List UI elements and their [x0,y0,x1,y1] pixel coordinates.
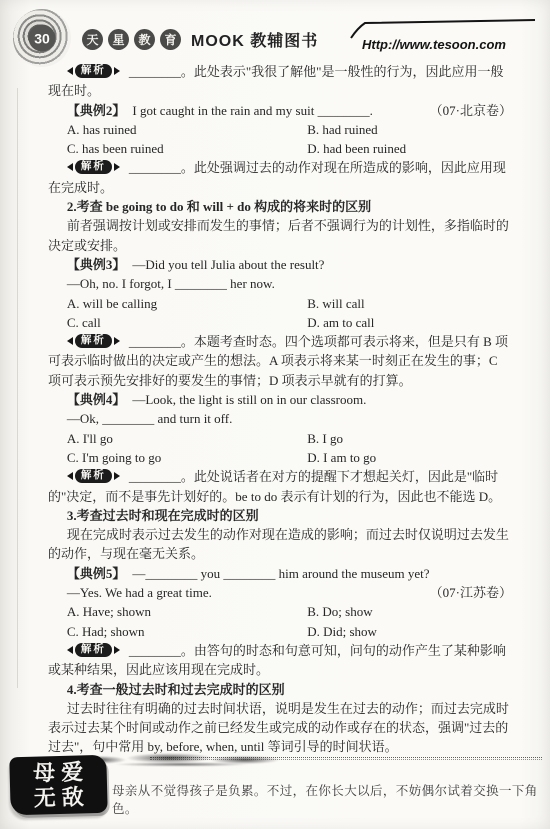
example-text: —________ you ________ him around the mu… [132,566,429,581]
website-url-block: Http://www.tesoon.com [348,18,538,52]
scan-gutter-line [17,88,18,688]
example-label: 【典例3】 [67,257,126,272]
example-label: 【典例2】 [67,103,126,118]
example-text: I got caught in the rain and my suit ___… [132,103,372,118]
analysis-badge-label: 解析 [75,160,112,174]
analysis-badge: 解析 [67,469,120,483]
example-text: —Did you tell Julia about the result? [132,257,324,272]
analysis-badge: 解析 [67,643,120,657]
option-c: C. I'm going to go [67,448,307,467]
option-d: D. had been ruined [307,139,512,158]
option-a: A. I'll go [67,429,307,448]
analysis-badge-label: 解析 [75,334,112,348]
option-d: D. Did; show [307,622,512,641]
dialog-line: —Ok, ________ and turn it off. [48,409,512,428]
logo-circle-icon: 育 [160,29,181,50]
analysis-badge: 解析 [67,160,120,174]
analysis-paragraph: 解析________。此处说话者在对方的提醒下才想起关灯，因此是"临时的"决定，… [48,467,512,506]
right-arrow-icon [114,646,120,654]
body-paragraph: 现在完成时表示过去发生的动作对现在造成的影响；而过去时仅说明过去发生的动作，与现… [48,525,512,564]
left-arrow-icon [67,163,73,171]
dialog-line: （07·江苏卷）—Yes. We had a great time. [48,583,512,602]
analysis-badge: 解析 [67,334,120,348]
logo-circle-icon: 天 [82,29,103,50]
publisher-logo: 天 星 教 育 MOOK 教辅图书 [82,28,318,51]
page-content: 解析________。此处表示"我很了解他"是一般性的行为，因此应用一般现在时。… [48,62,512,757]
option-a: A. has ruined [67,120,307,139]
option-c: C. has been ruined [67,139,307,158]
analysis-badge: 解析 [67,64,120,78]
analysis-paragraph: 解析________。本题考查时态。四个选项都可表示将来，但是只有 B 项可表示… [48,332,512,390]
page-number-badge: 30 [13,9,71,67]
website-url: Http://www.tesoon.com [348,37,538,52]
exam-source: （07·北京卷） [411,101,512,120]
example-text: —Look, the light is still on in our clas… [132,392,366,407]
example-label: 【典例5】 [67,566,126,581]
analysis-badge-label: 解析 [75,469,112,483]
option-c: C. Had; shown [67,622,307,641]
body-paragraph: 过去时往往有明确的过去时间状语，说明是发生在过去的动作；而过去完成时表示过去某个… [48,699,512,757]
right-arrow-icon [114,163,120,171]
left-arrow-icon [67,646,73,654]
exam-source: （07·江苏卷） [411,583,512,602]
example-label: 【典例4】 [67,392,126,407]
right-arrow-icon [114,472,120,480]
example-paragraph: （07·北京卷）【典例2】I got caught in the rain an… [48,101,512,120]
analysis-badge-label: 解析 [75,643,112,657]
right-arrow-icon [114,337,120,345]
logo-circle-icon: 星 [108,29,129,50]
page-number: 30 [29,25,56,52]
section-heading: 2.考查 be going to do 和 will + do 构成的将来时的区… [48,197,512,216]
analysis-badge-label: 解析 [75,64,112,78]
footer-quote: 母亲从不觉得孩子是负累。不过，在你长大以后，不妨偶尔试着交换一下角色。 [112,781,538,817]
stamp-line: 母爱 [27,759,90,786]
analysis-paragraph: 解析________。由答句的时态和句意可知，问句的动作产生了某种影响或某种结果… [48,641,512,680]
option-b: B. will call [307,294,512,313]
mother-love-stamp: 母爱 无敌 [9,755,107,816]
option-b: B. had ruined [307,120,512,139]
right-arrow-icon [114,67,120,75]
options-grid: A. has ruined B. had ruined C. has been … [48,120,512,159]
options-grid: A. will be calling B. will call C. call … [48,294,512,333]
body-paragraph: 前者强调按计划或安排而发生的事情；后者不强调行为的计划性，多指临时的决定或安排。 [48,216,512,255]
left-arrow-icon [67,337,73,345]
logo-title: MOOK 教辅图书 [191,28,318,51]
section-heading: 3.考查过去时和现在完成时的区别 [48,506,512,525]
option-a: A. Have; shown [67,602,307,621]
option-a: A. will be calling [67,294,307,313]
section-heading: 4.考查一般过去时和过去完成时的区别 [48,680,512,699]
options-grid: A. Have; shown B. Do; show C. Had; shown… [48,602,512,641]
logo-circle-icon: 教 [134,29,155,50]
options-grid: A. I'll go B. I go C. I'm going to go D.… [48,429,512,468]
option-b: B. I go [307,429,512,448]
option-d: D. I am to go [307,448,512,467]
option-c: C. call [67,313,307,332]
option-b: B. Do; show [307,602,512,621]
example-paragraph: 【典例5】—________ you ________ him around t… [48,564,512,583]
option-d: D. am to call [307,313,512,332]
scanned-book-page: 30 天 星 教 育 MOOK 教辅图书 Http://www.tesoon.c… [0,0,550,829]
analysis-paragraph: 解析________。此处表示"我很了解他"是一般性的行为，因此应用一般现在时。 [48,62,512,101]
example-paragraph: 【典例4】—Look, the light is still on in our… [48,390,512,409]
stamp-line: 无敌 [27,784,90,811]
dialog-text: —Yes. We had a great time. [67,585,212,600]
left-arrow-icon [67,67,73,75]
left-arrow-icon [67,472,73,480]
example-paragraph: 【典例3】—Did you tell Julia about the resul… [48,255,512,274]
dialog-line: —Oh, no. I forgot, I ________ her now. [48,274,512,293]
analysis-paragraph: 解析________。此处强调过去的动作对现在所造成的影响，因此应用现在完成时。 [48,158,512,197]
